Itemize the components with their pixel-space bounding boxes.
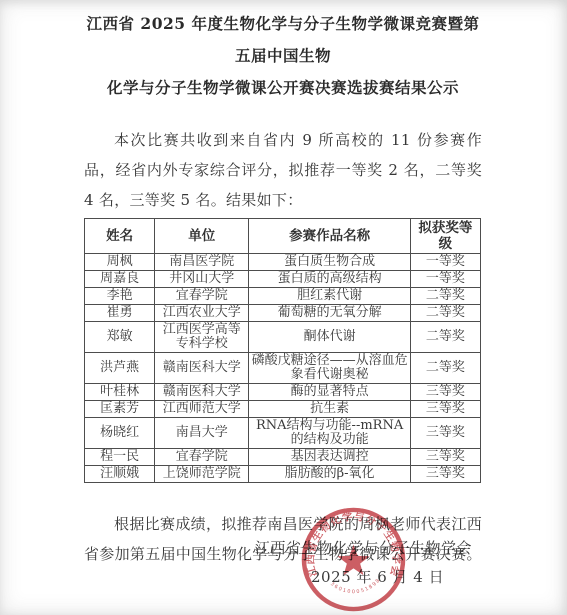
document-page: 江西省 2025 年度生物化学与分子生物学微课竞赛暨第五届中国生物 化学与分子生… xyxy=(84,8,482,569)
table-cell-award: 三等奖 xyxy=(410,401,480,418)
table-header-row: 姓名单位参赛作品名称拟获奖等级 xyxy=(85,219,481,254)
intro-paragraph: 本次比赛共收到来自省内 9 所高校的 11 份参赛作品，经省内外专家综合评分，拟… xyxy=(84,125,482,215)
table-row: 周嘉良井冈山大学蛋白质的高级结构一等奖 xyxy=(85,271,481,288)
table-cell-award: 二等奖 xyxy=(410,322,480,353)
table-cell-work: 磷酸戊糖途径——从溶血危象看代谢奥秘 xyxy=(249,353,410,384)
table-cell-name: 匡素芳 xyxy=(85,401,155,418)
table-cell-work: 抗生素 xyxy=(249,401,410,418)
table-cell-award: 三等奖 xyxy=(410,466,480,483)
table-cell-unit: 上饶师范学院 xyxy=(155,466,249,483)
table-cell-work: RNA结构与功能--mRNA的结构及功能 xyxy=(249,418,410,449)
svg-text:江西省生物化学与分子生物学会: 江西省生物化学与分子生物学会 xyxy=(304,510,403,579)
table-row: 匡素芳江西师范大学抗生素三等奖 xyxy=(85,401,481,418)
table-cell-work: 酶的显著特点 xyxy=(249,384,410,401)
table-cell-award: 三等奖 xyxy=(410,418,480,449)
table-cell-award: 一等奖 xyxy=(410,254,480,271)
table-cell-unit: 宜春学院 xyxy=(155,449,249,466)
table-cell-name: 叶桂林 xyxy=(85,384,155,401)
table-cell-unit: 江西师范大学 xyxy=(155,401,249,418)
table-cell-work: 基因表达调控 xyxy=(249,449,410,466)
table-cell-name: 崔勇 xyxy=(85,305,155,322)
table-row: 李艳宜春学院胆红素代谢二等奖 xyxy=(85,288,481,305)
table-header-cell: 姓名 xyxy=(85,219,155,254)
page-title: 江西省 2025 年度生物化学与分子生物学微课竞赛暨第五届中国生物 化学与分子生… xyxy=(84,8,482,104)
table-cell-unit: 赣南医科大学 xyxy=(155,384,249,401)
table-row: 汪顺娥上饶师范学院脂肪酸的β-氧化三等奖 xyxy=(85,466,481,483)
star-icon xyxy=(337,545,369,576)
table-cell-unit: 南昌医学院 xyxy=(155,254,249,271)
table-cell-award: 一等奖 xyxy=(410,271,480,288)
table-cell-award: 三等奖 xyxy=(410,384,480,401)
table-cell-name: 周枫 xyxy=(85,254,155,271)
page-title-line1: 江西省 2025 年度生物化学与分子生物学微课竞赛暨第五届中国生物 xyxy=(87,14,480,65)
table-row: 崔勇江西农业大学葡萄糖的无氧分解二等奖 xyxy=(85,305,481,322)
table-cell-work: 蛋白质的高级结构 xyxy=(249,271,410,288)
table-row: 叶桂林赣南医科大学酶的显著特点三等奖 xyxy=(85,384,481,401)
table-cell-award: 三等奖 xyxy=(410,449,480,466)
table-cell-name: 洪芦燕 xyxy=(85,353,155,384)
table-header-cell: 参赛作品名称 xyxy=(249,219,410,254)
table-cell-award: 二等奖 xyxy=(410,353,480,384)
table-cell-award: 二等奖 xyxy=(410,288,480,305)
table-header-cell: 拟获奖等级 xyxy=(410,219,480,254)
table-row: 郑敏江西医学高等专科学校酮体代谢二等奖 xyxy=(85,322,481,353)
table-cell-work: 胆红素代谢 xyxy=(249,288,410,305)
table-cell-name: 汪顺娥 xyxy=(85,466,155,483)
table-row: 杨晓红南昌大学RNA结构与功能--mRNA的结构及功能三等奖 xyxy=(85,418,481,449)
official-seal: 江西省生物化学与分子生物学会 3601000518987 xyxy=(299,505,408,614)
table-cell-work: 葡萄糖的无氧分解 xyxy=(249,305,410,322)
seal-ring-text: 江西省生物化学与分子生物学会 xyxy=(304,510,403,579)
table-cell-work: 蛋白质生物合成 xyxy=(249,254,410,271)
table-header-cell: 单位 xyxy=(155,219,249,254)
table-row: 周枫南昌医学院蛋白质生物合成一等奖 xyxy=(85,254,481,271)
results-table: 姓名单位参赛作品名称拟获奖等级 周枫南昌医学院蛋白质生物合成一等奖周嘉良井冈山大… xyxy=(84,218,481,483)
table-cell-name: 李艳 xyxy=(85,288,155,305)
table-cell-unit: 江西农业大学 xyxy=(155,305,249,322)
table-row: 洪芦燕赣南医科大学磷酸戊糖途径——从溶血危象看代谢奥秘二等奖 xyxy=(85,353,481,384)
page-title-line2: 化学与分子生物学微课公开赛决赛选拔赛结果公示 xyxy=(107,78,459,97)
table-cell-award: 二等奖 xyxy=(410,305,480,322)
table-cell-name: 杨晓红 xyxy=(85,418,155,449)
table-cell-name: 郑敏 xyxy=(85,322,155,353)
table-cell-unit: 南昌大学 xyxy=(155,418,249,449)
table-cell-unit: 江西医学高等专科学校 xyxy=(155,322,249,353)
table-cell-unit: 井冈山大学 xyxy=(155,271,249,288)
table-cell-work: 脂肪酸的β-氧化 xyxy=(249,466,410,483)
table-cell-work: 酮体代谢 xyxy=(249,322,410,353)
table-cell-name: 周嘉良 xyxy=(85,271,155,288)
table-cell-unit: 宜春学院 xyxy=(155,288,249,305)
table-row: 程一民宜春学院基因表达调控三等奖 xyxy=(85,449,481,466)
table-cell-unit: 赣南医科大学 xyxy=(155,353,249,384)
table-cell-name: 程一民 xyxy=(85,449,155,466)
